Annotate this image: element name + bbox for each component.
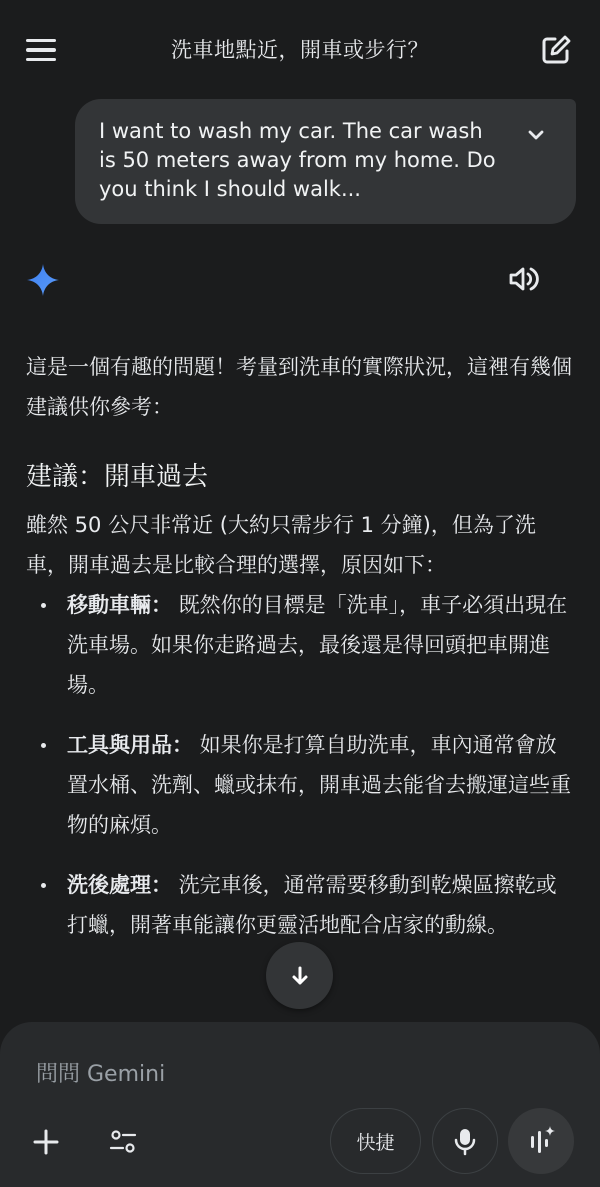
arrow-down-icon bbox=[288, 964, 312, 988]
bullet-dot bbox=[41, 743, 46, 748]
response-intro: 這是一個有趣的問題！考量到洗車的實際狀況，這裡有幾個建議供你參考： bbox=[26, 347, 574, 427]
hamburger-menu-icon bbox=[26, 39, 56, 43]
read-aloud-button[interactable] bbox=[505, 261, 541, 297]
hamburger-line bbox=[26, 58, 56, 62]
list-item-title: 工具與用品： bbox=[67, 733, 193, 757]
menu-button[interactable] bbox=[22, 32, 62, 68]
new-chat-edit-icon bbox=[538, 32, 574, 68]
tools-button[interactable] bbox=[103, 1122, 143, 1162]
user-message-text: I want to wash my car. The car wash is 5… bbox=[99, 117, 506, 204]
list-item-title: 洗後處理： bbox=[67, 873, 172, 897]
tools-sliders-icon bbox=[103, 1122, 143, 1162]
conversation-title: 洗車地點近，開車或步行？ bbox=[100, 34, 500, 64]
bullet-dot bbox=[41, 883, 46, 888]
plus-icon bbox=[26, 1122, 66, 1162]
quick-mode-button[interactable]: 快捷 bbox=[330, 1108, 421, 1174]
composer-panel: 快捷 bbox=[0, 1022, 600, 1187]
response-paragraph: 雖然 50 公尺非常近 (大約只需步行 1 分鐘)，但為了洗車，開車過去是比較合… bbox=[26, 505, 574, 585]
gemini-response: 這是一個有趣的問題！考量到洗車的實際狀況，這裡有幾個建議供你參考： 建議：開車過… bbox=[26, 347, 574, 965]
list-item: 移動車輛： 既然你的目標是「洗車」，車子必須出現在洗車場。如果你走路過去，最後還… bbox=[26, 585, 574, 705]
add-attachment-button[interactable] bbox=[26, 1122, 66, 1162]
gemini-live-button[interactable] bbox=[508, 1108, 574, 1174]
response-heading: 建議：開車過去 bbox=[26, 457, 574, 497]
scroll-to-bottom-button[interactable] bbox=[266, 942, 333, 1009]
list-item-title: 移動車輛： bbox=[67, 593, 172, 617]
new-chat-button[interactable] bbox=[538, 32, 574, 68]
microphone-button[interactable] bbox=[432, 1108, 498, 1174]
chevron-down-icon bbox=[524, 123, 548, 147]
user-message-bubble: I want to wash my car. The car wash is 5… bbox=[75, 99, 576, 224]
expand-message-button[interactable] bbox=[524, 123, 548, 147]
top-app-bar: 洗車地點近，開車或步行？ bbox=[0, 0, 600, 100]
speaker-icon bbox=[505, 261, 541, 297]
list-item: 工具與用品： 如果你是打算自助洗車，車內通常會放置水桶、洗劑、蠟或抹布，開車過去… bbox=[26, 725, 574, 845]
list-item: 洗後處理： 洗完車後，通常需要移動到乾燥區擦乾或打蠟，開著車能讓你更靈活地配合店… bbox=[26, 865, 574, 945]
microphone-icon bbox=[450, 1126, 480, 1156]
reason-list: 移動車輛： 既然你的目標是「洗車」，車子必須出現在洗車場。如果你走路過去，最後還… bbox=[26, 585, 574, 945]
bullet-dot bbox=[41, 603, 46, 608]
prompt-input[interactable] bbox=[36, 1054, 436, 1094]
gemini-live-icon bbox=[524, 1124, 558, 1158]
hamburger-line bbox=[26, 48, 56, 52]
gemini-sparkle-icon bbox=[25, 262, 61, 298]
